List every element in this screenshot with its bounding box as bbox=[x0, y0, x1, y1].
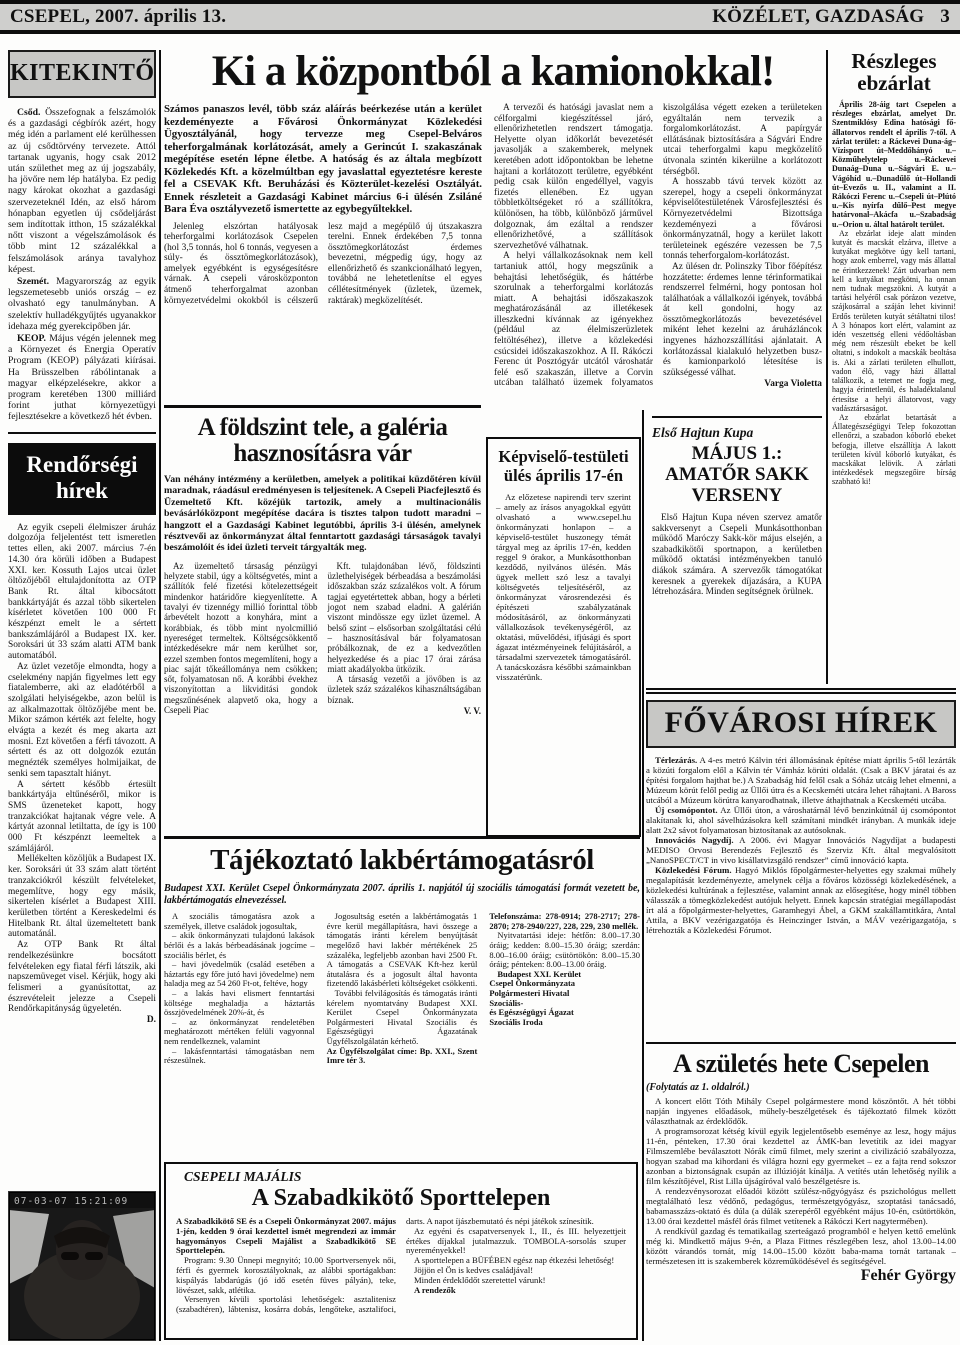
article-right-half: A tervezői és hatósági javaslat nem a cé… bbox=[494, 103, 822, 399]
paragraph: A Szabadkikötő SE és a Csepeli Önkormány… bbox=[176, 1217, 396, 1256]
page-number: 3 bbox=[940, 6, 950, 28]
paragraph: Az üzlet vezetője elmondta, hogy a csele… bbox=[8, 662, 156, 780]
dog-quarantine-article: Részleges ebzárlat Április 28-áig tart C… bbox=[832, 50, 956, 684]
rent-subsidy-columns: A szociális támogatásra azok a személyek… bbox=[164, 912, 640, 1066]
paragraph: A rendkívül gazdag és tematikailag szert… bbox=[646, 1226, 956, 1266]
mayday-box: CSEPELI MAJÁLIS A Szabadkikötő Sporttele… bbox=[164, 1162, 638, 1340]
rent-subsidy-article: Tájékoztató lakbértámogatásról Budapest … bbox=[164, 836, 640, 1158]
section-title: KÖZÉLET, GAZDASÁG bbox=[712, 6, 924, 28]
paragraph: A hosszabb távú tervek között az szerepe… bbox=[663, 177, 822, 262]
item-lead: Csőd. bbox=[17, 107, 40, 118]
masthead: CSEPEL, 2007. április 13. KÖZÉLET, GAZDA… bbox=[0, 0, 960, 34]
chess-tournament: Első Hajtun Kupa MÁJUS 1.: AMATŐR SAKK V… bbox=[652, 416, 822, 684]
paragraph: – az önkormányzat rendeletében meghatáro… bbox=[164, 1018, 315, 1047]
article-columns-right: A tervezői és hatósági javaslat nem a cé… bbox=[494, 103, 822, 399]
item-lead: Térlezárás. bbox=[655, 755, 697, 765]
mayday-signature: A rendezők bbox=[406, 1286, 626, 1296]
paragraph: Az egyik csepeli élelmiszer áruház dolgo… bbox=[8, 523, 156, 662]
paragraph: Az ülésen dr. Polinszky Tibor főépítész … bbox=[663, 262, 822, 379]
news-item: Innovációs Nagydíj. A 2006. évi Magyar I… bbox=[646, 835, 956, 865]
paragraph: A programsorozat kétség kívül egyik legj… bbox=[646, 1126, 956, 1186]
paragraph: A tervezői és hatósági javaslat nem a cé… bbox=[494, 103, 653, 251]
right-column-divider bbox=[826, 50, 828, 684]
chess-title: MÁJUS 1.: AMATŐR SAKK VERSENY bbox=[652, 443, 822, 506]
mayday-columns: A Szabadkikötő SE és a Csepeli Önkormány… bbox=[176, 1217, 626, 1315]
article-author: Varga Violetta bbox=[663, 379, 822, 390]
office-signature-block: Budapest XXI. Kerület Csepel Önkormányza… bbox=[489, 970, 640, 1028]
paragraph: A szociális támogatásra azok a személyek… bbox=[164, 912, 315, 931]
paragraph: Az üzemeltető társaság pénzügyi helyzete… bbox=[164, 561, 318, 715]
mayday-kicker: CSEPELI MAJÁLIS bbox=[176, 1169, 626, 1185]
rent-subsidy-lead: Budapest XXI. Kerület Csepel Önkormányza… bbox=[164, 883, 640, 906]
paragraph: – havi jövedelmük (család esetében a ház… bbox=[164, 960, 315, 989]
paragraph: – akik önkormányzati tulajdonú lakások b… bbox=[164, 931, 315, 960]
kitekinto-item: Csőd. Összefognak a felszámolók és a gaz… bbox=[8, 107, 156, 275]
birth-week-author: Fehér György bbox=[646, 1267, 956, 1285]
left-column: KITEKINTŐ Csőd. Összefognak a felszámoló… bbox=[8, 50, 156, 1341]
police-news-heading: Rendőrségi hírek bbox=[8, 443, 156, 515]
left-column-divider bbox=[159, 50, 161, 1341]
kitekinto-item: KEOP. Május végén jelennek meg a Környez… bbox=[8, 333, 156, 423]
item-text: Május végén jelennek meg a Környezet és … bbox=[8, 333, 156, 422]
city-news-section: FŐVÁROSI HÍREK Térlezárás. A 4-es metró … bbox=[646, 688, 956, 1038]
paragraph: Jogosultság esetén a lakbértámogatás 1 é… bbox=[327, 912, 478, 989]
chess-text: Első Hajtun Kupa néven szervez amatőr sa… bbox=[652, 513, 822, 598]
item-text: Összefognak a felszámolók és a gazdasági… bbox=[8, 107, 156, 275]
birth-week-headline: A születés hete Csepelen bbox=[646, 1049, 956, 1079]
kitekinto-item: Szemét. Magyarország az egyik legszemete… bbox=[8, 276, 156, 332]
paragraph: Kft. tulajdonában lévő, földszinti üzlet… bbox=[328, 561, 482, 674]
quarantine-lead: Április 28-áig tart Csepelen a részleges… bbox=[832, 100, 956, 229]
paragraph: Az ebzárlat ideje alatt minden kutyát és… bbox=[832, 229, 956, 413]
paragraph: Mellékelten közöljük a Budapest IX. ker.… bbox=[8, 854, 156, 940]
main-article: Számos panaszos levél, több száz aláírás… bbox=[164, 103, 822, 399]
paragraph: Az ebzárlat betartását a Állategészségüg… bbox=[832, 413, 956, 487]
kitekinto-heading: KITEKINTŐ bbox=[8, 50, 156, 98]
market-headline: A földszint tele, a galéria hasznosításr… bbox=[164, 415, 481, 467]
birth-week-article: A születés hete Csepelen (Folytatás az 1… bbox=[646, 1042, 956, 1342]
city-news-heading: FŐVÁROSI HÍREK bbox=[646, 700, 956, 748]
council-meeting-title: Képviselő-testületi ülés április 17-én bbox=[496, 447, 631, 485]
market-author: V. V. bbox=[328, 706, 482, 716]
suspect-silhouette-image bbox=[9, 1192, 155, 1340]
article-columns-left: Jelenleg elszórtan hatályosak teherforga… bbox=[164, 222, 482, 307]
chess-kicker: Első Hajtun Kupa bbox=[652, 425, 822, 441]
paragraph: A koncert előtt Tóth Mihály Csepel polgá… bbox=[646, 1096, 956, 1126]
newspaper-page: CSEPEL, 2007. április 13. KÖZÉLET, GAZDA… bbox=[0, 0, 960, 1345]
item-lead: Új csomópontot. bbox=[655, 805, 718, 815]
main-headline: Ki a központból a kamionokkal! bbox=[164, 50, 822, 93]
mid-lower-divider bbox=[642, 410, 644, 1341]
paragraph: – a lakás havi elismert fenntartási költ… bbox=[164, 989, 315, 1018]
section-rule bbox=[8, 432, 156, 434]
news-item: Térlezárás. A 4-es metró Kálvin téri áll… bbox=[646, 755, 956, 805]
council-meeting-text: Az előzetese napirendi terv szerint – am… bbox=[496, 492, 631, 682]
council-meeting-box: Képviselő-testületi ülés április 17-én A… bbox=[486, 437, 641, 837]
office-phones: Telefonszáma: 278-0914; 278-2717; 278-28… bbox=[489, 912, 640, 931]
item-lead: KEOP. bbox=[17, 333, 46, 344]
paragraph: A rendezvénysorozat előadói között szülé… bbox=[646, 1186, 956, 1226]
office-address: Az Ügyfélszolgálat címe: Bp. XXI., Szent… bbox=[327, 1047, 478, 1066]
item-text: Hagyó Miklós főpolgármester-helyettes eg… bbox=[646, 865, 956, 935]
item-lead: Innovációs Nagydíj. bbox=[655, 835, 734, 845]
article-lead: Számos panaszos levél, több száz aláírás… bbox=[164, 103, 482, 216]
paragraph: Program: 9.30 Ünnepi megnyitó; 10.00 Spo… bbox=[176, 1256, 396, 1295]
market-lead: Van néhány intézmény a kerületben, amely… bbox=[164, 474, 481, 554]
paragraph: Az OTP Bank Rt által rendelkezésünkre bo… bbox=[8, 940, 156, 1015]
news-item: Új csomópontot. Az Üllői úton, a városha… bbox=[646, 805, 956, 835]
rent-subsidy-headline: Tájékoztató lakbértámogatásról bbox=[164, 844, 640, 877]
market-columns: Az üzemeltető társaság pénzügyi helyzete… bbox=[164, 561, 481, 716]
paragraph: Jelenleg elszórtan hatályosak teherforga… bbox=[164, 222, 482, 307]
mayday-title: A Szabadkikötő Sporttelepen bbox=[176, 1185, 626, 1212]
quarantine-headline: Részleges ebzárlat bbox=[832, 50, 956, 94]
paragraph: A sértett később értesült bankkártyája e… bbox=[8, 780, 156, 855]
paragraph: További felvilágosítás és támogatás irán… bbox=[327, 989, 478, 1047]
item-lead: Közlekedési Fórum. bbox=[655, 865, 732, 875]
item-lead: Szemét. bbox=[17, 276, 49, 287]
market-article: A földszint tele, a galéria hasznosításr… bbox=[164, 405, 481, 833]
continuation-note: (Folytatás az 1. oldalról.) bbox=[646, 1082, 956, 1093]
author-initial: D. bbox=[8, 1015, 156, 1026]
paragraph: Az egyéni és csapatversenyek I., II., és… bbox=[406, 1227, 626, 1256]
cctv-photo: 07-03-07 15:21:09 bbox=[8, 1191, 156, 1341]
article-left-half: Számos panaszos levél, több száz aláírás… bbox=[164, 103, 482, 399]
office-hours: Nyitvatartási ideje: hétfőn: 8.00–17.30 … bbox=[489, 931, 640, 969]
police-news-body: Az egyik csepeli élelmiszer áruház dolgo… bbox=[8, 523, 156, 1187]
issue-date: CSEPEL, 2007. április 13. bbox=[10, 6, 226, 28]
news-item: Közlekedési Fórum. Hagyó Miklós főpolgár… bbox=[646, 865, 956, 935]
paragraph: – lakásfenntartási támogatásban nem rész… bbox=[164, 1047, 315, 1066]
photo-timestamp: 07-03-07 15:21:09 bbox=[14, 1196, 128, 1207]
paragraph: A társaság vezetői a jövőben is az üzlet… bbox=[328, 674, 482, 705]
kitekinto-body: Csőd. Összefognak a felszámolók és a gaz… bbox=[8, 107, 156, 424]
